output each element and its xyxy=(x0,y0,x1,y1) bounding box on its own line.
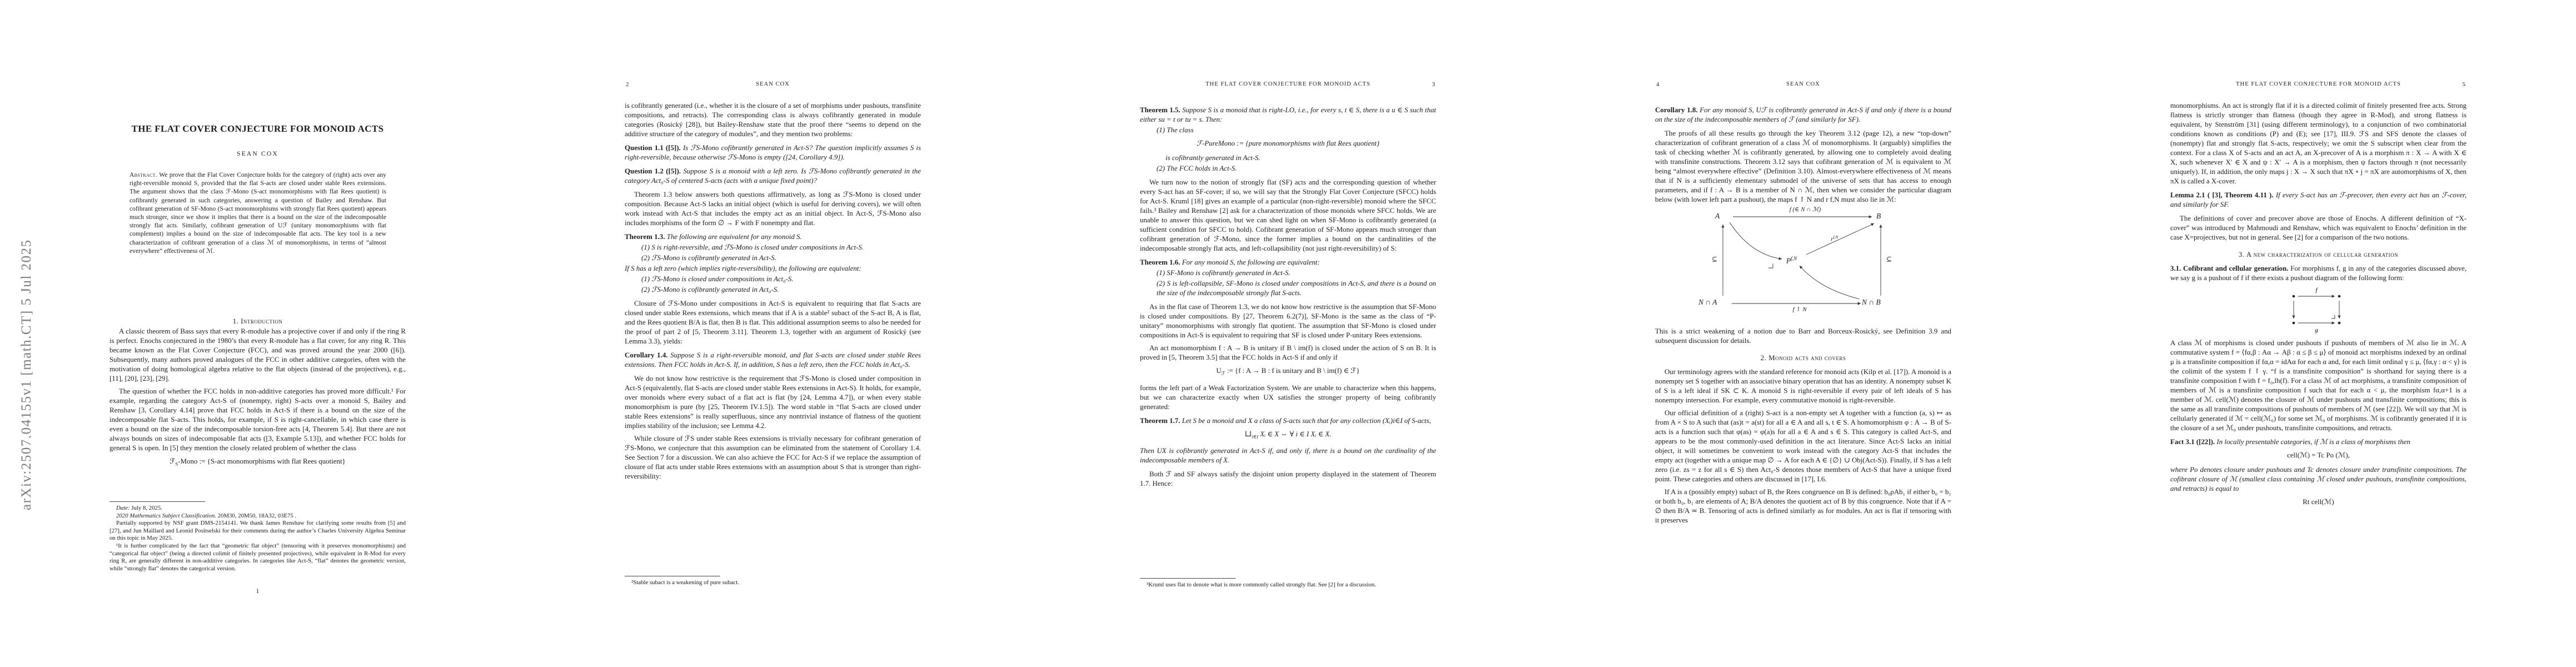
paragraph: A class ℳ of morphisms is closed under p… xyxy=(2170,339,2467,433)
page-3: THE FLAT COVER CONJECTURE FOR MONOID ACT… xyxy=(1030,0,1546,667)
fact-continuation: where Po denotes closure under pushouts … xyxy=(2170,465,2467,494)
theorem-item: (2) S is left-collapsible, SF-Mono is cl… xyxy=(1140,279,1436,298)
page-1-body: A classic theorem of Bass says that ever… xyxy=(109,327,406,474)
paragraph: We do not know how restrictive is the re… xyxy=(625,374,921,431)
author-name: SEAN COX xyxy=(109,151,406,157)
question-label: Question 1.1 ([5]). xyxy=(625,144,681,152)
question-1-2: Question 1.2 ([5]). Suppose S is a monoi… xyxy=(625,167,921,186)
theorem-intro: The following are equivalent for any mon… xyxy=(667,233,802,241)
running-head: 4 SEAN COX xyxy=(1655,81,1951,87)
paragraph: monomorphisms. An act is strongly flat i… xyxy=(2170,101,2467,186)
pushout-diagram: A B N ∩ A N ∩ B Pf,N f (∈ N ∩ ℳ) f ↾ N r… xyxy=(1655,208,1951,322)
diagram-arrow-label-r: rf,N xyxy=(1831,233,1838,243)
paragraph: is cofibrantly generated (i.e., whether … xyxy=(625,101,921,139)
theorem-intro: Let S be a monoid and X a class of S-act… xyxy=(1182,417,1431,425)
paragraph: Our terminology agrees with the standard… xyxy=(1655,367,1951,405)
diagram-node-pushout-base: P xyxy=(1786,257,1791,265)
running-page-number: 3 xyxy=(1432,81,1436,88)
corollary-label: Corollary 1.4. xyxy=(625,351,668,359)
diagram-node-NA: N ∩ A xyxy=(1698,298,1717,306)
theorem-item: (2) ℱS-Mono is cofibrantly generated in … xyxy=(625,285,921,295)
running-title: THE FLAT COVER CONJECTURE FOR MONOID ACT… xyxy=(1205,81,1371,87)
paragraph: We turn now to the notion of strongly fl… xyxy=(1140,178,1436,253)
display-math-part: -Mono := {S-act monomorphisms with flat … xyxy=(178,457,345,465)
fact-text: In locally presentable categories, if ℳ … xyxy=(2216,438,2410,446)
page-2-footnotes: ²Stable subact is a weakening of pure su… xyxy=(625,576,921,587)
paragraph: An act monomorphism f : A → B is unitary… xyxy=(1140,344,1436,362)
running-title: THE FLAT COVER CONJECTURE FOR MONOID ACT… xyxy=(2236,81,2401,87)
paragraph: The definitions of cover and precover ab… xyxy=(2170,214,2467,242)
pushout-square-diagram: f g xyxy=(2277,286,2360,335)
paragraph: The question of whether the FCC holds in… xyxy=(109,387,406,453)
theorem-label: Theorem 1.7. xyxy=(1140,417,1180,425)
subsection-label: 3.1. Cofibrant and cellular generation. xyxy=(2170,265,2289,272)
theorem-label: Theorem 1.5. xyxy=(1140,106,1180,114)
page-5-body: monomorphisms. An act is strongly flat i… xyxy=(2170,101,2467,512)
theorem-1-5: Theorem 1.5. Suppose S is a monoid that … xyxy=(1140,106,1436,173)
page-number: 1 xyxy=(109,588,406,595)
theorem-1-6: Theorem 1.6. For any monoid S, the follo… xyxy=(1140,258,1436,298)
diagram-node-pushout: Pf,N xyxy=(1786,255,1797,265)
msc-value: 20M30, 20M50, 18A32, 03E75 . xyxy=(218,512,297,519)
running-page-number: 4 xyxy=(1656,81,1660,88)
display-math-part: U xyxy=(1216,367,1221,375)
display-math-part: ⊔ xyxy=(1245,430,1252,439)
diagram-arrow-label-g: g xyxy=(2315,327,2318,333)
display-math-subscript: i∈I xyxy=(1252,434,1258,439)
fact-label: Fact 3.1 ([22]). xyxy=(2170,438,2215,446)
page-2-body: is cofibrantly generated (i.e., whether … xyxy=(625,101,921,485)
display-math-cell: cell(ℳ) = Tc Po (ℳ), xyxy=(2170,451,2467,460)
footnote-rule xyxy=(1140,578,1235,579)
theorem-mid: If S has a left zero (which implies righ… xyxy=(625,264,921,273)
date-label: Date: xyxy=(116,505,130,511)
abstract-text: We prove that the Flat Cover Conjecture … xyxy=(129,171,386,255)
theorem-item: (1) The class xyxy=(1140,126,1436,135)
display-math-disjoint-union: ⊔i∈I Xᵢ ∈ X ⇔ ∀ i ∈ I Xᵢ ∈ X. xyxy=(1140,430,1436,442)
diagram-subset-right: ⊆ xyxy=(1886,256,1892,263)
theorem-item: (2) The FCC holds in Act-S. xyxy=(1140,164,1436,173)
page-2: 2 SEAN COX is cofibrantly generated (i.e… xyxy=(515,0,1030,667)
theorem-item: (2) ℱS-Mono is cofibrantly generated in … xyxy=(625,253,921,263)
lemma-label: Lemma 2.1 ( [3], Theorem 4.11 ). xyxy=(2170,191,2274,199)
corollary-text: For any monoid S, Uℱ is cofibrantly gene… xyxy=(1655,106,1951,123)
page-1-footnotes: Date: July 8, 2025. 2020 Mathematics Sub… xyxy=(109,501,406,573)
footnote-1: ¹It is further complicated by the fact t… xyxy=(109,542,406,573)
page-4-body: Corollary 1.8. For any monoid S, Uℱ is c… xyxy=(1655,101,1951,529)
running-head: 2 SEAN COX xyxy=(625,81,921,87)
running-page-number: 5 xyxy=(2463,81,2466,88)
question-label: Question 1.2 ([5]). xyxy=(625,167,681,175)
diagram-node-A: A xyxy=(1715,212,1720,220)
paragraph: This is a strict weakening of a notion d… xyxy=(1655,327,1951,346)
running-author: SEAN COX xyxy=(1786,81,1820,87)
diagram-node-NB: N ∩ B xyxy=(1862,298,1881,306)
corollary-label: Corollary 1.8. xyxy=(1655,106,1698,114)
diagram-arrow-label-r-sup: f,N xyxy=(1833,235,1838,240)
support-acknowledgement: Partially supported by NSF grant DMS-215… xyxy=(109,520,406,542)
page-5: THE FLAT COVER CONJECTURE FOR MONOID ACT… xyxy=(2061,0,2576,667)
display-math-subscript: ℱ xyxy=(1222,371,1225,376)
page-1: arXiv:2507.04155v1 [math.CT] 5 Jul 2025 … xyxy=(0,0,515,667)
page-4: 4 SEAN COX Corollary 1.8. For any monoid… xyxy=(1546,0,2061,667)
paragraph: While closure of ℱS under stable Rees ex… xyxy=(625,434,921,481)
footnote-2: ²Stable subact is a weakening of pure su… xyxy=(625,579,921,587)
running-head: THE FLAT COVER CONJECTURE FOR MONOID ACT… xyxy=(1140,81,1436,87)
section-heading-monoid-acts: 2. Monoid acts and covers xyxy=(1655,353,1951,362)
footnote-3: ³Kruml uses flat to denote what is more … xyxy=(1140,581,1436,589)
display-math-fs-mono: ℱS-Mono := {S-act monomorphisms with fla… xyxy=(109,457,406,469)
display-math-part: Xᵢ ∈ X ⇔ ∀ i ∈ I Xᵢ ∈ X. xyxy=(1258,430,1331,438)
display-math-unitary: Uℱ := {f : A → B : f is unitary and B \ … xyxy=(1140,366,1436,379)
abstract: Abstract. We prove that the Flat Cover C… xyxy=(129,171,386,255)
page-3-body: Theorem 1.5. Suppose S is a monoid that … xyxy=(1140,101,1436,492)
theorem-label: Theorem 1.6. xyxy=(1140,258,1180,266)
section-heading-introduction: 1. Introduction xyxy=(109,317,406,326)
theorem-1-3: Theorem 1.3. The following are equivalen… xyxy=(625,232,921,295)
diagram-arrow-label-f: f xyxy=(2315,287,2318,293)
lemma-2-1: Lemma 2.1 ( [3], Theorem 4.11 ). If ever… xyxy=(2170,191,2467,210)
diagram-subset-left: ⊆ xyxy=(1712,256,1717,263)
display-math-part: ℱ xyxy=(170,457,175,465)
paper-title: THE FLAT COVER CONJECTURE FOR MONOID ACT… xyxy=(76,123,439,135)
diagram-node-B: B xyxy=(1876,212,1881,220)
paragraph: Our official definition of a (right) S-a… xyxy=(1655,409,1951,484)
theorem-1-7: Theorem 1.7. Let S be a monoid and X a c… xyxy=(1140,416,1436,466)
section-heading-cellular-generation: 3. A new characterization of cellular ge… xyxy=(2170,250,2467,259)
corollary-1-4: Corollary 1.4. Suppose S is a right-reve… xyxy=(625,351,921,370)
theorem-intro: Suppose S is a monoid that is right-LO, … xyxy=(1140,106,1436,123)
corollary-1-8: Corollary 1.8. For any monoid S, Uℱ is c… xyxy=(1655,106,1951,125)
theorem-label: Theorem 1.3. xyxy=(625,233,665,241)
theorem-item-continuation: is cofibrantly generated in Act-S. xyxy=(1140,153,1436,163)
diagram-arrows: f g xyxy=(2277,286,2360,335)
msc-label: 2020 Mathematics Subject Classification. xyxy=(116,512,216,519)
footnote-rule xyxy=(625,576,720,576)
paragraph: The proofs of all these results go throu… xyxy=(1655,129,1951,205)
footnote-rule xyxy=(109,501,205,502)
paragraph: Both ℱ and SF always satisfy the disjoin… xyxy=(1140,470,1436,489)
question-1-1: Question 1.1 ([5]). Is ℱS-Mono cofibrant… xyxy=(625,143,921,162)
subsection-3-1: 3.1. Cofibrant and cellular generation. … xyxy=(2170,264,2467,283)
paragraph: Theorem 1.3 below answers both questions… xyxy=(625,190,921,228)
paragraph: Closure of ℱS-Mono under compositions in… xyxy=(625,299,921,346)
running-author: SEAN COX xyxy=(756,81,790,87)
fact-3-1: Fact 3.1 ([22]). In locally presentable … xyxy=(2170,437,2467,507)
theorem-item: (1) S is right-reversible, and ℱS-Mono i… xyxy=(625,243,921,252)
abstract-label: Abstract. xyxy=(129,171,157,178)
theorem-item: (1) SF-Mono is cofibrantly generated in … xyxy=(1140,268,1436,278)
theorem-continuation: Then UX is cofibrantly generated in Act-… xyxy=(1140,446,1436,465)
display-math-puremono: ℱ-PureMono := {pure monomorphisms with f… xyxy=(1140,139,1436,148)
theorem-intro: For any monoid S, the following are equi… xyxy=(1182,258,1320,266)
paragraph: forms the left part of a Weak Factorizat… xyxy=(1140,384,1436,412)
corollary-text: Suppose S is a right-reversible monoid, … xyxy=(625,351,921,369)
display-math-part: := {f : A → B : f is unitary and B \ im(… xyxy=(1225,367,1360,375)
page-3-footnotes: ³Kruml uses flat to denote what is more … xyxy=(1140,578,1436,589)
paragraph: A classic theorem of Bass says that ever… xyxy=(109,327,406,384)
theorem-item: (1) ℱS-Mono is closed under compositions… xyxy=(625,275,921,284)
date-line: Date: July 8, 2025. xyxy=(109,505,406,512)
diagram-arrow-label-f: f (∈ N ∩ ℳ) xyxy=(1744,206,1866,213)
paragraph: If A is a (possibly empty) subact of B, … xyxy=(1655,487,1951,525)
diagram-arrow-label-f-restrict: f ↾ N xyxy=(1777,306,1822,313)
running-page-number: 2 xyxy=(626,81,629,88)
diagram-node-pushout-sup: f,N xyxy=(1791,256,1797,261)
display-math-rt-cell: Rt cell(ℳ) xyxy=(2170,497,2467,507)
running-head: THE FLAT COVER CONJECTURE FOR MONOID ACT… xyxy=(2170,81,2467,87)
paragraph: As in the flat case of Theorem 1.3, we d… xyxy=(1140,302,1436,340)
date-value: July 8, 2025. xyxy=(131,505,162,511)
msc-line: 2020 Mathematics Subject Classification.… xyxy=(109,512,406,520)
